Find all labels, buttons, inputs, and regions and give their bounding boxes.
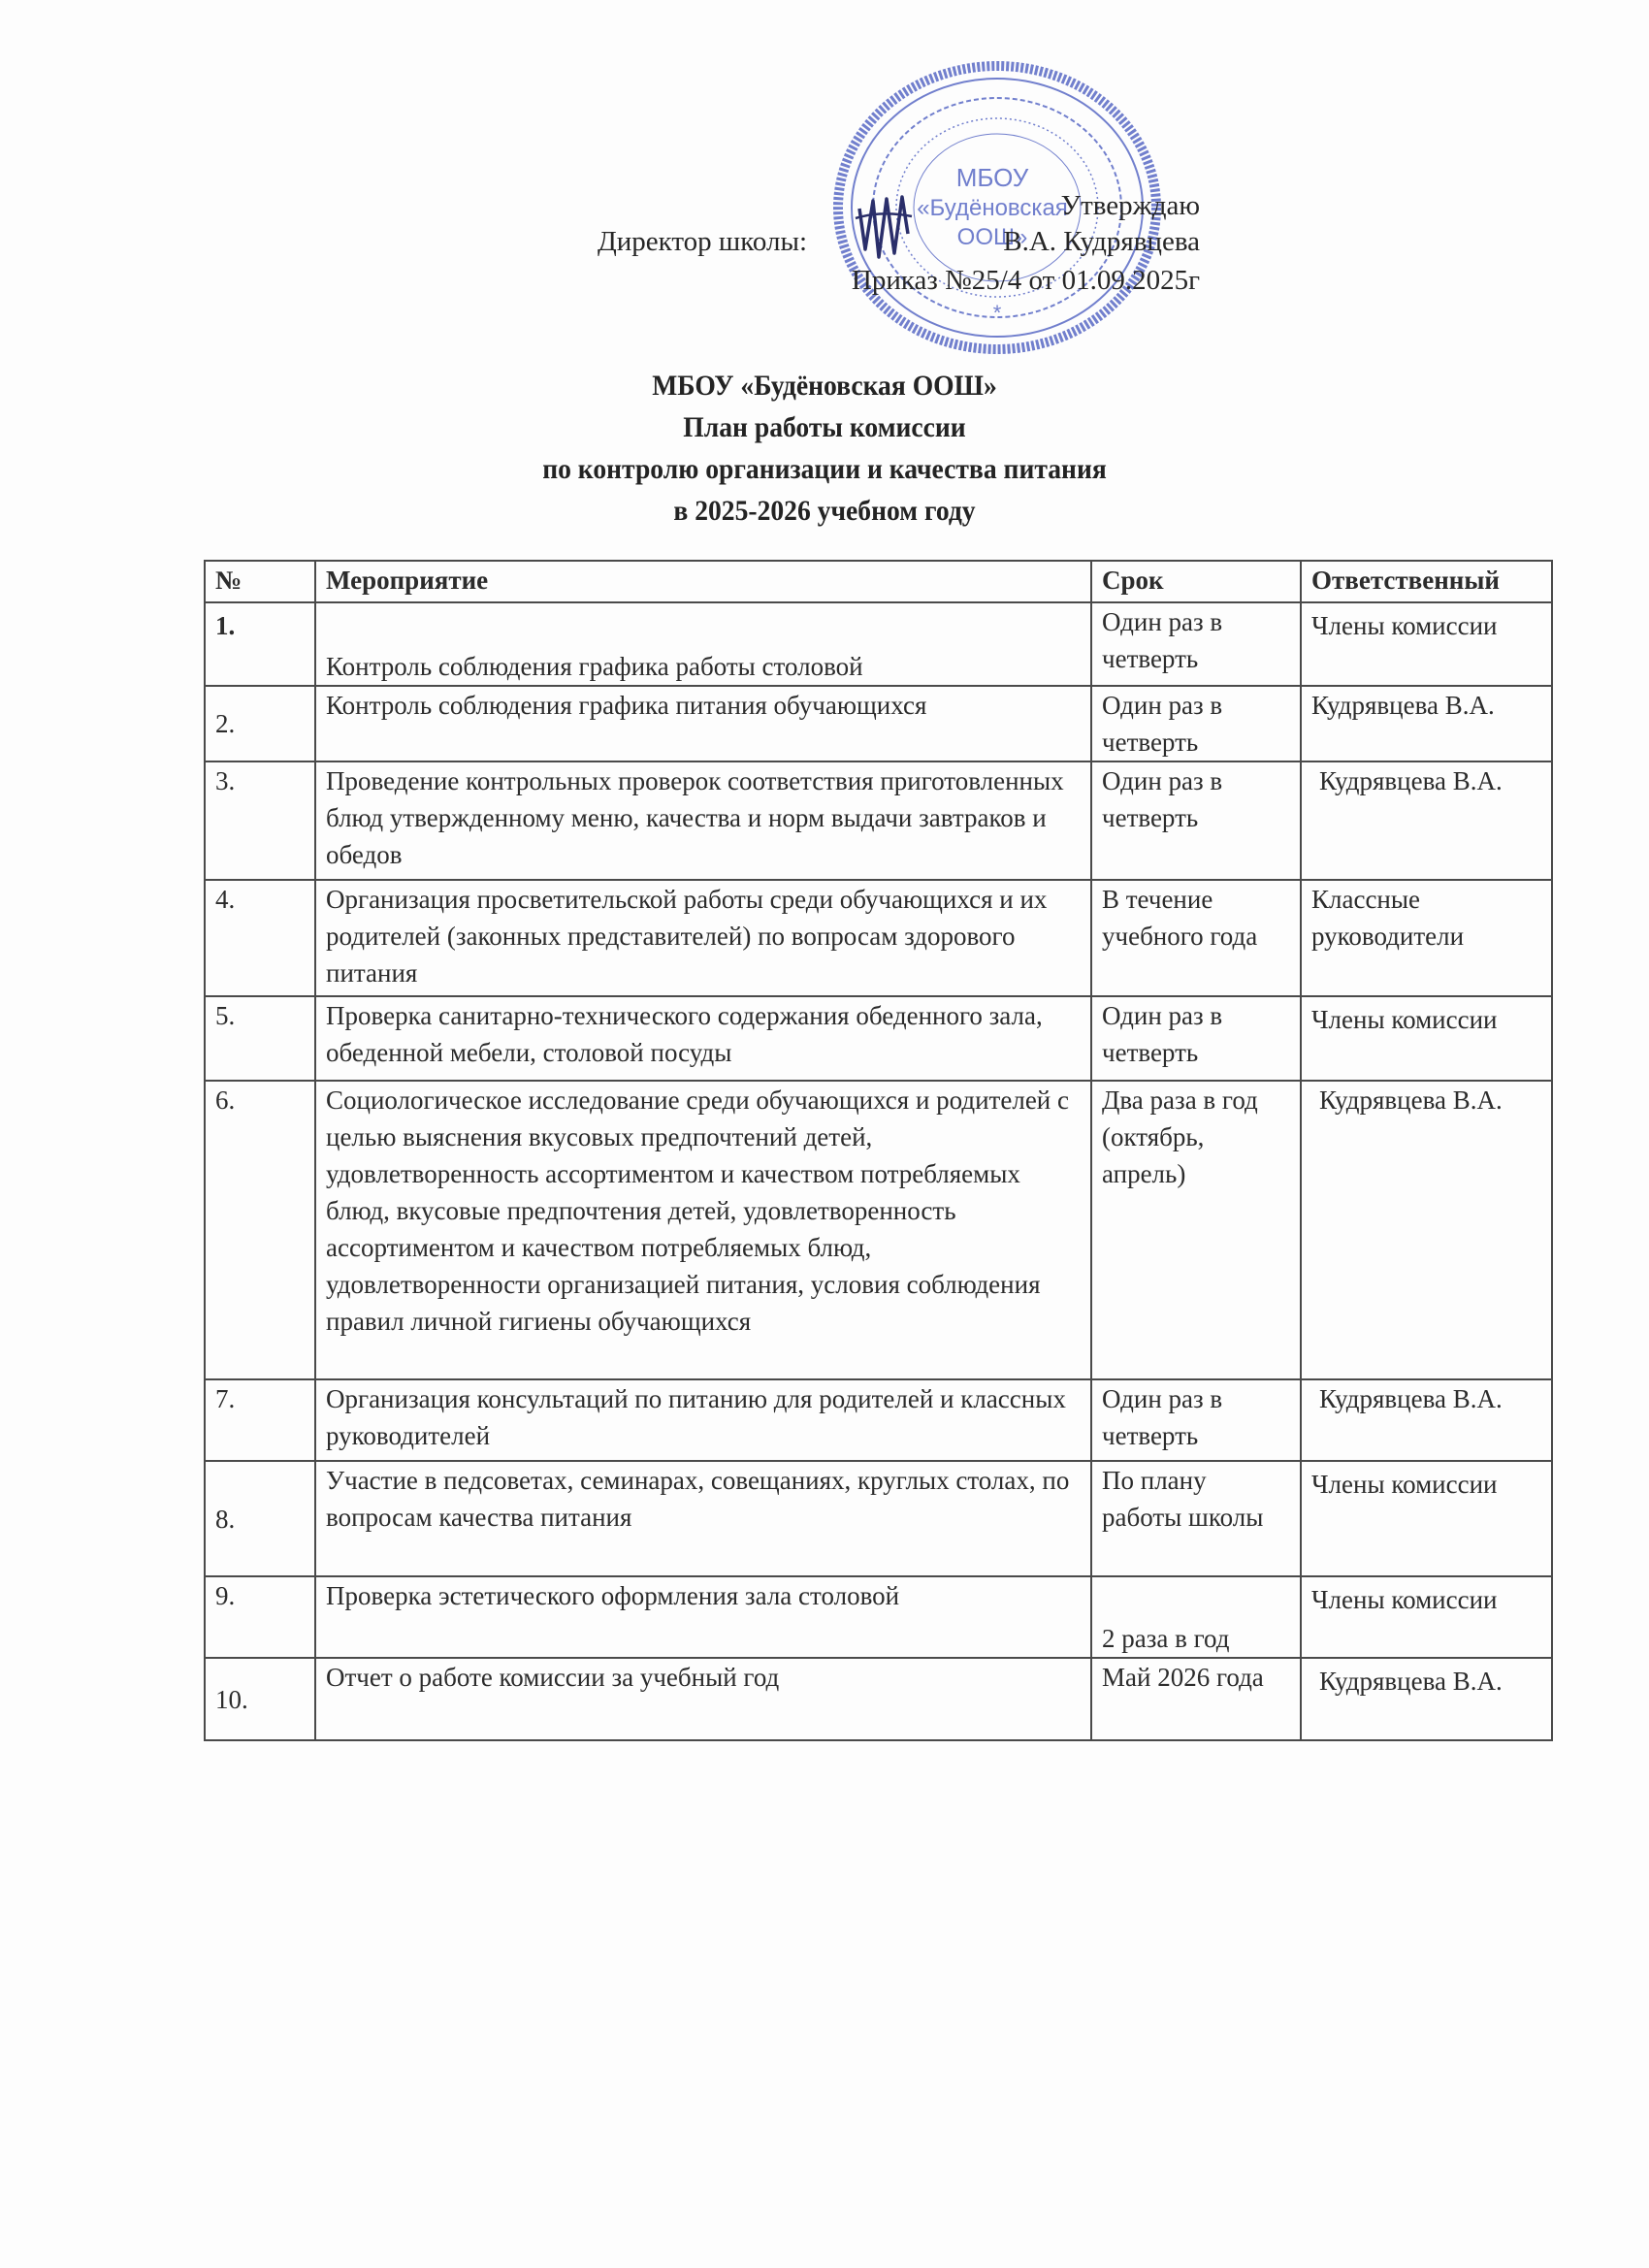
row-term: Май 2026 года	[1091, 1658, 1301, 1740]
row-num: 6.	[205, 1081, 315, 1379]
row-term: Один раз в четверть	[1091, 761, 1301, 880]
row-activity: Контроль соблюдения графика работы столо…	[315, 602, 1091, 686]
header-activity: Мероприятие	[315, 561, 1091, 602]
row-responsible: Кудрявцева В.А.	[1301, 1658, 1552, 1740]
academic-year: в 2025-2026 учебном году	[66, 494, 1583, 529]
row-activity: Проверка санитарно-технического содержан…	[315, 996, 1091, 1081]
director-label: Директор школы:	[598, 225, 807, 258]
row-num: 5.	[205, 996, 315, 1081]
table-row: 2. Контроль соблюдения графика питания о…	[205, 686, 1552, 761]
row-responsible: Члены комиссии	[1301, 1576, 1552, 1658]
row-responsible: Кудрявцева В.А.	[1301, 1379, 1552, 1461]
order-reference: Приказ №25/4 от 01.09.2025г	[852, 264, 1200, 297]
document-title: План работы комиссии	[66, 410, 1583, 445]
row-activity: Организация консультаций по питанию для …	[315, 1379, 1091, 1461]
header-responsible: Ответственный	[1301, 561, 1552, 602]
row-term: Два раза в год (октябрь, апрель)	[1091, 1081, 1301, 1379]
row-term: Один раз в четверть	[1091, 996, 1301, 1081]
row-num: 3.	[205, 761, 315, 880]
row-term: 2 раза в год	[1091, 1576, 1301, 1658]
row-num: 7.	[205, 1379, 315, 1461]
header-term: Срок	[1091, 561, 1301, 602]
director-name: В.А. Кудрявцева	[1003, 225, 1200, 258]
row-responsible: Члены комиссии	[1301, 602, 1552, 686]
row-term: В течение учебного года	[1091, 880, 1301, 996]
approve-label: Утверждаю	[1061, 189, 1200, 222]
row-responsible: Кудрявцева В.А.	[1301, 686, 1552, 761]
table-row: 3. Проведение контрольных проверок соотв…	[205, 761, 1552, 880]
row-activity: Контроль соблюдения графика питания обуч…	[315, 686, 1091, 761]
row-activity: Участие в педсоветах, семинарах, совещан…	[315, 1461, 1091, 1576]
row-responsible: Кудрявцева В.А.	[1301, 1081, 1552, 1379]
table-row: 10. Отчет о работе комиссии за учебный г…	[205, 1658, 1552, 1740]
stamp-center-line-2: «Будёновская	[917, 195, 1068, 221]
school-name-title: МБОУ «Будёновская ООШ»	[66, 369, 1583, 404]
svg-text:*: *	[993, 301, 1002, 325]
row-term: По плану работы школы	[1091, 1461, 1301, 1576]
row-term: Один раз в четверть	[1091, 686, 1301, 761]
row-responsible: Классные руководители	[1301, 880, 1552, 996]
table-row: 5. Проверка санитарно-технического содер…	[205, 996, 1552, 1081]
table-header-row: № Мероприятие Срок Ответственный	[205, 561, 1552, 602]
row-num: 4.	[205, 880, 315, 996]
row-responsible: Члены комиссии	[1301, 996, 1552, 1081]
row-num: 2.	[205, 686, 315, 761]
row-responsible: Члены комиссии	[1301, 1461, 1552, 1576]
row-num: 10.	[205, 1658, 315, 1740]
table-row: 9. Проверка эстетического оформления зал…	[205, 1576, 1552, 1658]
row-num: 1.	[205, 602, 315, 686]
row-term: Один раз в четверть	[1091, 602, 1301, 686]
row-num: 9.	[205, 1576, 315, 1658]
signature	[852, 189, 920, 267]
row-activity: Проведение контрольных проверок соответс…	[315, 761, 1091, 880]
row-num: 8.	[205, 1461, 315, 1576]
table-row: 1. Контроль соблюдения графика работы ст…	[205, 602, 1552, 686]
table-row: 6. Социологическое исследование среди об…	[205, 1081, 1552, 1379]
table-row: 7. Организация консультаций по питанию д…	[205, 1379, 1552, 1461]
row-term: Один раз в четверть	[1091, 1379, 1301, 1461]
row-activity: Отчет о работе комиссии за учебный год	[315, 1658, 1091, 1740]
table-row: 4. Организация просветительской работы с…	[205, 880, 1552, 996]
table-row: 8. Участие в педсоветах, семинарах, сове…	[205, 1461, 1552, 1576]
header-num: №	[205, 561, 315, 602]
row-activity: Социологическое исследование среди обуча…	[315, 1081, 1091, 1379]
plan-table: № Мероприятие Срок Ответственный 1. Конт…	[204, 560, 1553, 1741]
stamp-center-line-1: МБОУ	[956, 163, 1029, 192]
document-subtitle: по контролю организации и качества питан…	[66, 452, 1583, 487]
row-activity: Проверка эстетического оформления зала с…	[315, 1576, 1091, 1658]
row-activity: Организация просветительской работы сред…	[315, 880, 1091, 996]
row-responsible: Кудрявцева В.А.	[1301, 761, 1552, 880]
